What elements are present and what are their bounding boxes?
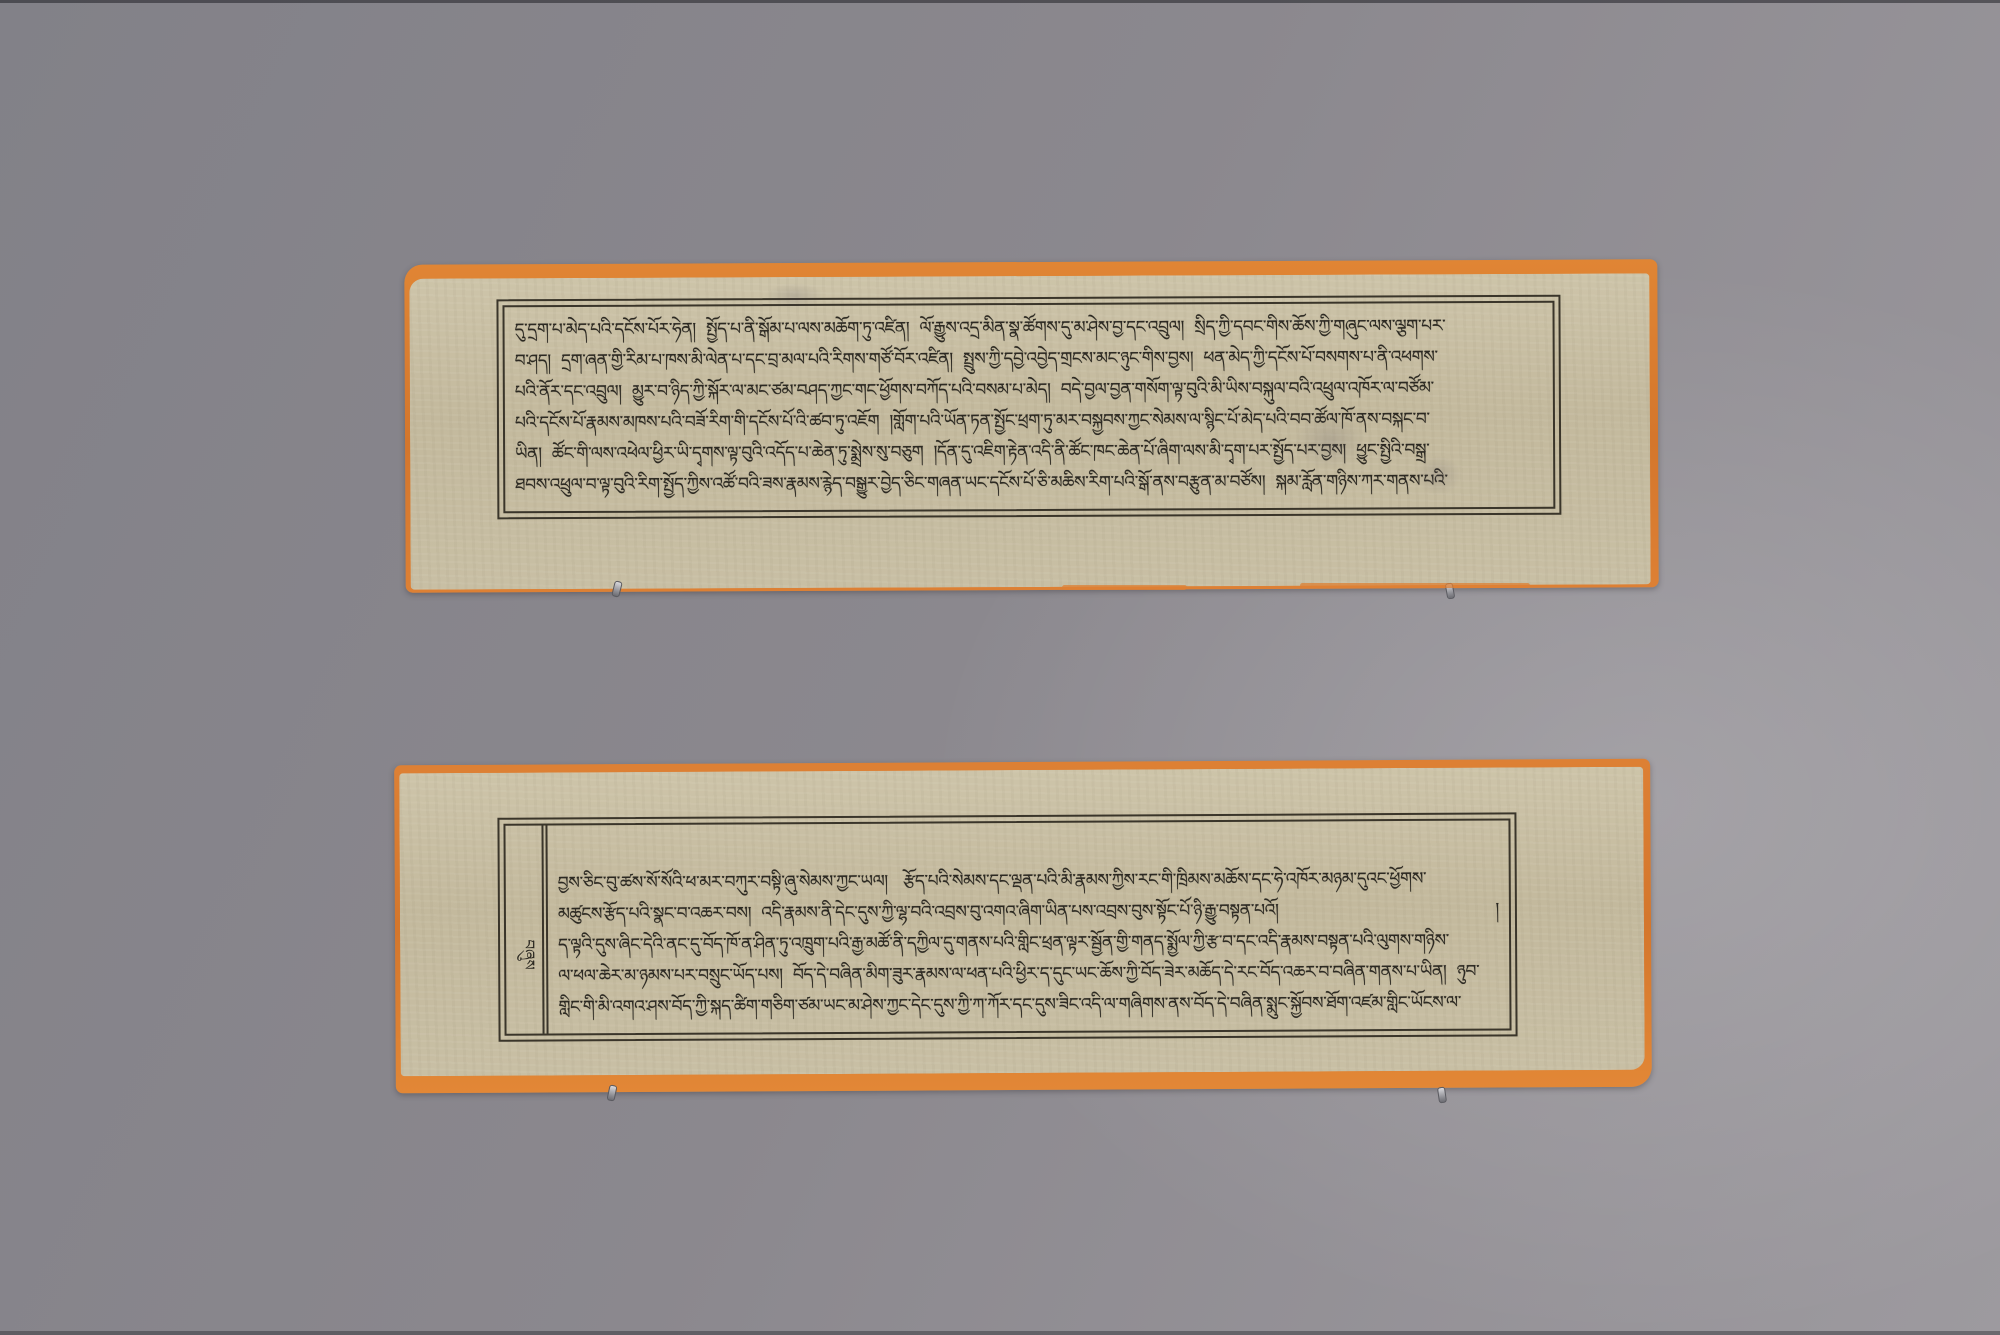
mounting-pin <box>606 1084 617 1101</box>
bottom-leaf-textblock: ༄༅།།སྲོག་ཆགས་ཀྱི་རིགས་རྣམས་མིང་མེད་ཉི་ཙམ… <box>547 820 1509 1033</box>
text-line: གླིང་གི་མི་འགའ་ཤས་བོད་ཀྱི་སྐད་ཚིག་གཅིག་ཙ… <box>558 988 1499 1024</box>
section-end-shad: ། <box>1495 895 1499 926</box>
text-line: ཐབས་འཕྲུལ་བ་ལྟ་བུའི་རིག་སྤྱོད་ཀྱིས་འཚོ་བ… <box>515 466 1543 501</box>
text-line: ཡིན། ཚོང་གི་ལས་འཕེལ་ཕྱིར་ཡི་དྭགས་ལྟ་བུའི… <box>515 435 1543 470</box>
text-line: བྱས་ཅིང་བུ་ཚས་སོ་སོའི་ཕ་མར་བཀུར་བསྟི་ཞུ་… <box>558 864 1499 900</box>
text-line: པའི་དངོས་པོ་རྣམས་མཁས་པའི་བཟོ་རིག་གི་དངོས… <box>515 404 1543 439</box>
bottom-leaf-text-frame: བཞུས ༄༅།།སྲོག་ཆགས་ཀྱི་རིགས་རྣམས་མིང་མེད་… <box>497 812 1517 1041</box>
pecha-leaf-bottom: བཞུས ༄༅།།སྲོག་ཆགས་ཀྱི་རིགས་རྣམས་མིང་མེད་… <box>394 759 1652 1094</box>
left-margin-column: བཞུས <box>505 825 548 1033</box>
text-line: བ་ཤད། དྲག་ཞན་གྱི་རིམ་པ་ཁས་མི་ལེན་པ་དང་བྲ… <box>515 342 1543 377</box>
mounting-pin <box>1437 1087 1447 1104</box>
pecha-leaf-top: དུ་དྲག་པ་མེད་པའི་དངོས་པོར་ཧེན། སྤྱོད་པ་ན… <box>404 259 1658 592</box>
text-line-body: མཚུངས་རྩོད་པའི་སྣང་བ་འཆར་བས། འདི་རྣམས་ནི… <box>558 896 1279 931</box>
photo-top-border <box>0 0 2000 3</box>
text-line: ད་ལྟའི་དུས་ཞིང་དེའི་ནང་དུ་བོད་ཁོ་ན་ཤིན་ཏ… <box>558 926 1499 962</box>
top-leaf-text-frame: དུ་དྲག་པ་མེད་པའི་དངོས་པོར་ཧེན། སྤྱོད་པ་ན… <box>496 295 1561 520</box>
text-line: མཚུངས་རྩོད་པའི་སྣང་བ་འཆར་བས། འདི་རྣམས་ནི… <box>558 895 1499 931</box>
edge-paint-trace <box>1062 585 1187 590</box>
edge-paint-trace <box>1300 583 1530 588</box>
bottom-leaf-text-frame-inner: བཞུས ༄༅།།སྲོག་ཆགས་ཀྱི་རིགས་རྣམས་མིང་མེད་… <box>503 818 1511 1035</box>
margin-marker-text: བཞུས <box>503 939 545 969</box>
top-leaf-text-frame-inner: དུ་དྲག་པ་མེད་པའི་དངོས་པོར་ཧེན། སྤྱོད་པ་ན… <box>502 301 1555 514</box>
text-line: པའི་ནོར་དང་འབྲུལ། མྱུར་བ་ཉིད་ཀྱི་སྐོར་ལ་… <box>515 373 1543 408</box>
text-line: ༄༅།།སྲོག་ཆགས་ཀྱི་རིགས་རྣམས་མིང་མེད་ཉི་ཙམ… <box>558 833 1499 869</box>
top-leaf-textblock: དུ་དྲག་པ་མེད་པའི་དངོས་པོར་ཧེན། སྤྱོད་པ་ན… <box>504 303 1553 512</box>
text-line: དུ་དྲག་པ་མེད་པའི་དངོས་པོར་ཧེན། སྤྱོད་པ་ན… <box>515 311 1543 346</box>
text-line: ལ་ཕལ་ཆེར་མ་ཉམས་པར་བསྲུང་ཡོད་པས། བོད་དེ་བ… <box>558 957 1499 993</box>
photo-bottom-border <box>0 1331 2000 1335</box>
